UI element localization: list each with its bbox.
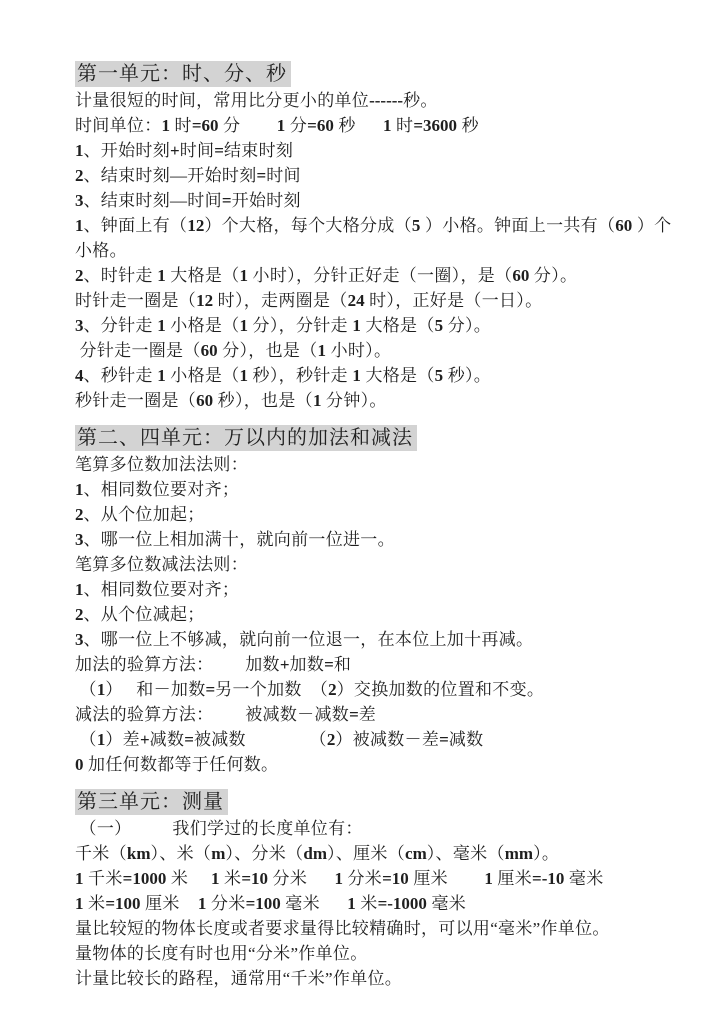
text-line: 1、钟面上有（12）个大格，每个大格分成（5 ）小格。钟面上一共有（60 ）个: [75, 213, 666, 238]
text-line: 1、相同数位要对齐；: [75, 577, 666, 602]
section-body-units-2-4: 笔算多位数加法法则：1、相同数位要对齐；2、从个位加起；3、哪一位上相加满十，就…: [75, 452, 666, 777]
text-line: 2、时针走 1 大格是（1 小时），分针正好走（一圈），是（60 分）。: [75, 263, 666, 288]
section-gap: [75, 777, 666, 788]
text-line: （1）差+减数=被减数 （2）被减数－差=减数: [75, 727, 666, 752]
text-line: 3、结束时刻—时间=开始时刻: [75, 188, 666, 213]
document-page: 第一单元：时、分、秒 计量很短的时间，常用比分更小的单位------秒。时间单位…: [0, 0, 724, 1024]
text-line: 时间单位：1 时=60 分 1 分=60 秒 1 时=3600 秒: [75, 113, 666, 138]
section-heading-units-2-4: 第二、四单元：万以内的加法和减法: [75, 425, 417, 451]
section-unit-1-time: 第一单元：时、分、秒 计量很短的时间，常用比分更小的单位------秒。时间单位…: [75, 60, 666, 413]
section-heading-row: 第三单元：测量: [75, 788, 666, 816]
text-line: 4、秒针走 1 小格是（1 秒），秒针走 1 大格是（5 秒）。: [75, 363, 666, 388]
text-line: 1 米=100 厘米 1 分米=100 毫米 1 米=-1000 毫米: [75, 891, 666, 916]
text-line: 小格。: [75, 238, 666, 263]
section-body-unit-1: 计量很短的时间，常用比分更小的单位------秒。时间单位：1 时=60 分 1…: [75, 88, 666, 413]
text-line: 0 加任何数都等于任何数。: [75, 752, 666, 777]
text-line: 笔算多位数减法法则：: [75, 552, 666, 577]
text-line: 计量很短的时间，常用比分更小的单位------秒。: [75, 88, 666, 113]
text-line: 3、哪一位上相加满十，就向前一位进一。: [75, 527, 666, 552]
text-line: 2、从个位加起；: [75, 502, 666, 527]
text-line: 3、哪一位上不够减，就向前一位退一，在本位上加十再减。: [75, 627, 666, 652]
text-line: 2、结束时刻—开始时刻=时间: [75, 163, 666, 188]
section-unit-3-measurement: 第三单元：测量 （一） 我们学过的长度单位有：千米（km）、米（m）、分米（dm…: [75, 788, 666, 991]
section-units-2-4-addition-subtraction: 第二、四单元：万以内的加法和减法 笔算多位数加法法则：1、相同数位要对齐；2、从…: [75, 424, 666, 777]
text-line: 1、相同数位要对齐；: [75, 477, 666, 502]
text-line: 时针走一圈是（12 时），走两圈是（24 时），正好是（一日）。: [75, 288, 666, 313]
text-line: 1 千米=1000 米 1 米=10 分米 1 分米=10 厘米 1 厘米=-1…: [75, 866, 666, 891]
section-gap: [75, 413, 666, 424]
text-line: 分针走一圈是（60 分），也是（1 小时）。: [75, 338, 666, 363]
text-line: 减法的验算方法： 被减数－减数=差: [75, 702, 666, 727]
text-line: 量物体的长度有时也用“分米”作单位。: [75, 941, 666, 966]
text-line: 笔算多位数加法法则：: [75, 452, 666, 477]
section-heading-row: 第二、四单元：万以内的加法和减法: [75, 424, 666, 452]
text-line: 2、从个位减起；: [75, 602, 666, 627]
section-heading-unit-3: 第三单元：测量: [75, 789, 228, 815]
text-line: 秒针走一圈是（60 秒），也是（1 分钟）。: [75, 388, 666, 413]
section-heading-unit-1: 第一单元：时、分、秒: [75, 61, 291, 87]
text-line: 计量比较长的路程，通常用“千米”作单位。: [75, 966, 666, 991]
section-body-unit-3: （一） 我们学过的长度单位有：千米（km）、米（m）、分米（dm）、厘米（cm）…: [75, 816, 666, 991]
text-line: 加法的验算方法： 加数+加数=和: [75, 652, 666, 677]
text-line: 1、开始时刻+时间=结束时刻: [75, 138, 666, 163]
text-line: （一） 我们学过的长度单位有：: [75, 816, 666, 841]
text-line: 千米（km）、米（m）、分米（dm）、厘米（cm）、毫米（mm）。: [75, 841, 666, 866]
text-line: 量比较短的物体长度或者要求量得比较精确时，可以用“毫米”作单位。: [75, 916, 666, 941]
section-heading-row: 第一单元：时、分、秒: [75, 60, 666, 88]
text-line: 3、分针走 1 小格是（1 分），分针走 1 大格是（5 分）。: [75, 313, 666, 338]
text-line: （1） 和－加数=另一个加数 （2）交换加数的位置和不变。: [75, 677, 666, 702]
